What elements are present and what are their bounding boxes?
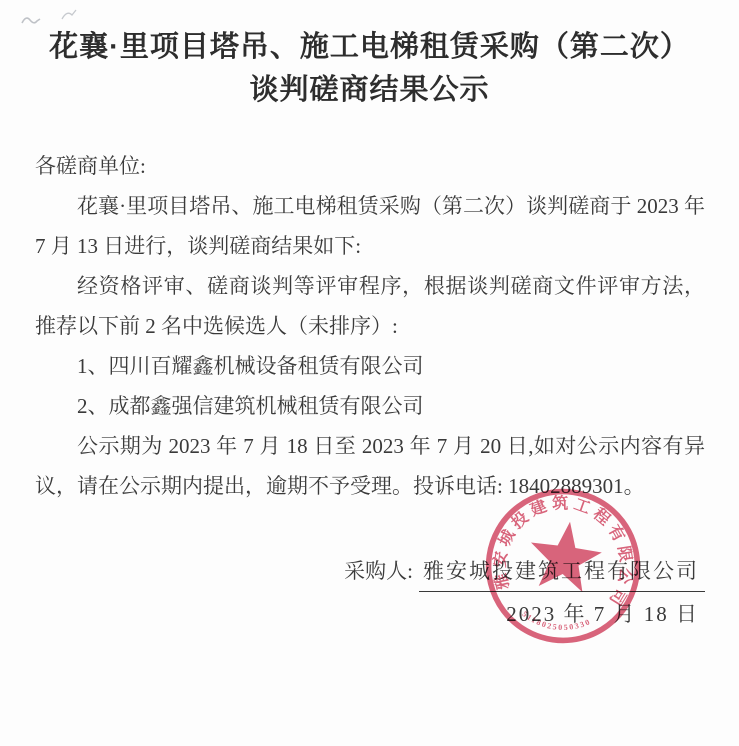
purchaser-label: 采购人:: [344, 559, 419, 583]
title-line-2: 谈判磋商结果公示: [0, 69, 739, 112]
paragraph-intro: 花襄·里项目塔吊、施工电梯租赁采购（第二次）谈判磋商于 2023 年 7 月 1…: [35, 186, 705, 266]
candidate-item-2: 2、成都鑫强信建筑机械租赁有限公司: [35, 386, 705, 426]
notice-document: 花襄·里项目塔吊、施工电梯租赁采购（第二次） 谈判磋商结果公示 各磋商单位: 花…: [0, 0, 739, 746]
candidate-item-1: 1、四川百耀鑫机械设备租赁有限公司: [35, 346, 705, 386]
official-seal: 雅安城投建筑工程有限公司 5118025050330: [473, 476, 654, 657]
salutation: 各磋商单位:: [35, 146, 705, 186]
pencil-scribble: [18, 5, 88, 33]
page-title: 花襄·里项目塔吊、施工电梯租赁采购（第二次） 谈判磋商结果公示: [0, 0, 739, 112]
title-line-1: 花襄·里项目塔吊、施工电梯租赁采购（第二次）: [0, 26, 739, 69]
paragraph-review: 经资格评审、磋商谈判等评审程序，根据谈判磋商文件评审方法，推荐以下前 2 名中选…: [35, 266, 705, 346]
seal-star-icon: [525, 517, 605, 594]
